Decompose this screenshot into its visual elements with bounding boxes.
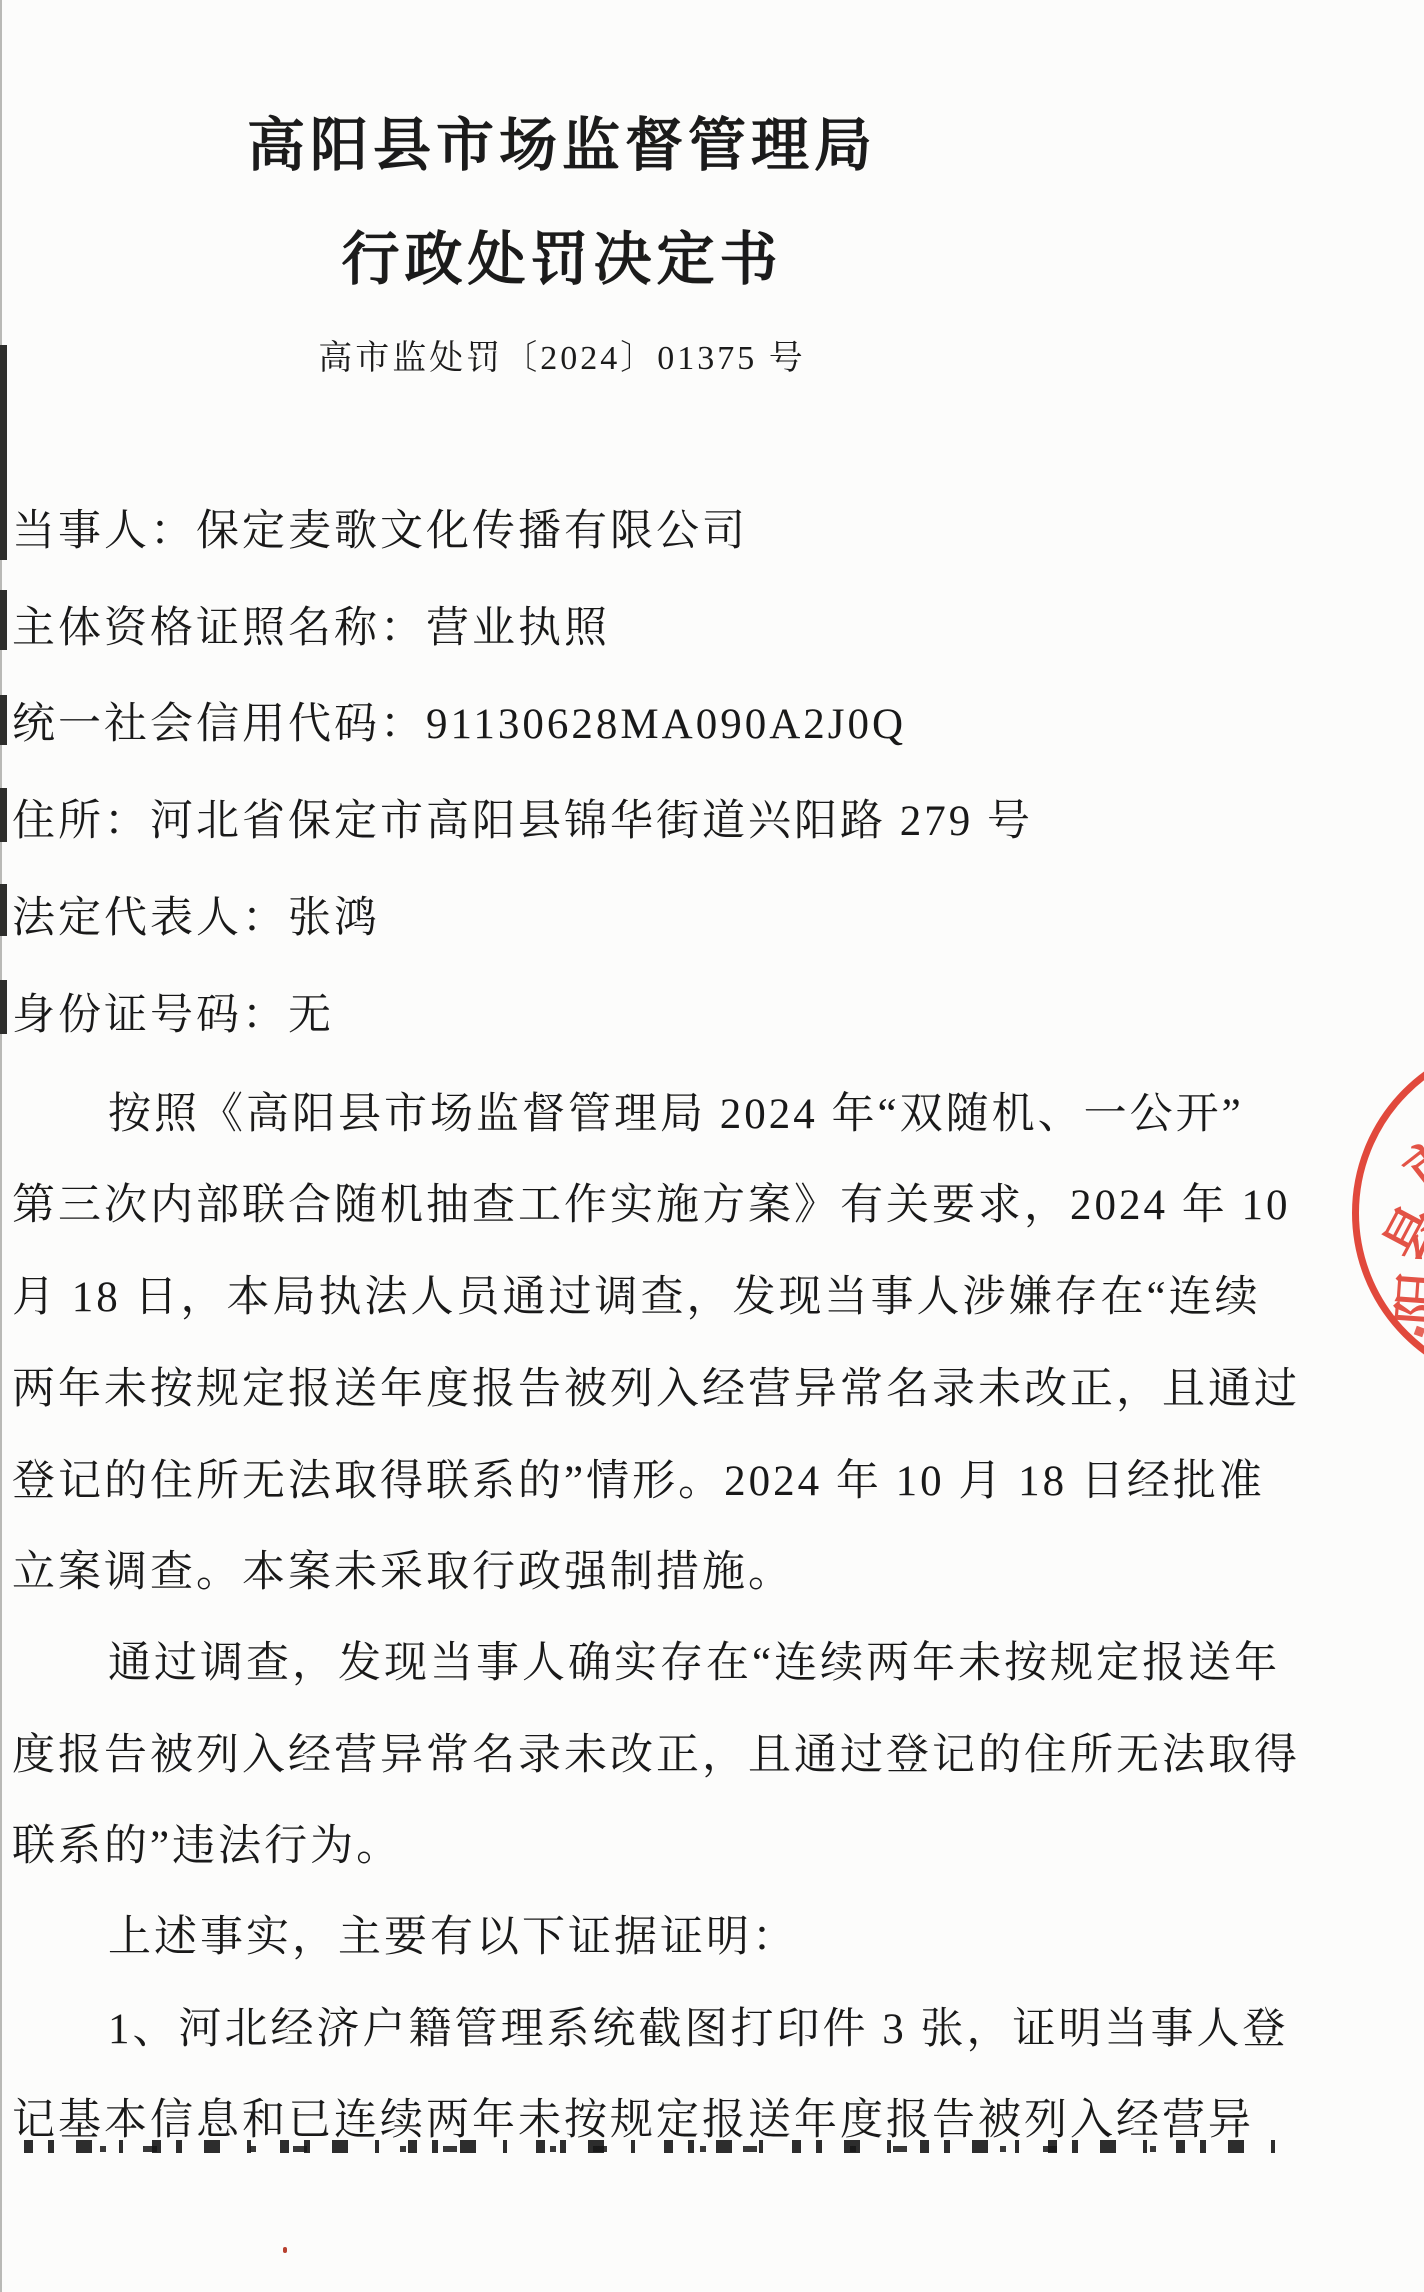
body-line-11: 1、河北经济户籍管理系统截图打印件 3 张，证明当事人登 bbox=[12, 1995, 1289, 2056]
body-line-12: 记基本信息和已连续两年未按规定报送年度报告被列入经营异 bbox=[12, 2086, 1254, 2147]
scan-edge-mark bbox=[0, 590, 7, 650]
scanned-document-page: 高阳县市场监督管理局 行政处罚决定书 高市监处罚〔2024〕01375 号 当事… bbox=[0, 0, 1424, 2292]
scan-edge-mark bbox=[0, 884, 7, 936]
body-line-9: 联系的”违法行为。 bbox=[12, 1812, 402, 1873]
scan-edge-mark bbox=[0, 695, 7, 745]
party-line-license: 主体资格证照名称：营业执照 bbox=[12, 594, 610, 655]
seal-mark bbox=[1414, 1326, 1424, 1338]
party-line-legal-rep: 法定代表人：张鸿 bbox=[12, 884, 380, 945]
body-line-1: 按照《高阳县市场监督管理局 2024 年“双随机、一公开” bbox=[12, 1080, 1244, 1141]
scan-edge-mark bbox=[0, 788, 7, 842]
scan-speck bbox=[283, 2247, 287, 2253]
doc-number: 高市监处罚〔2024〕01375 号 bbox=[0, 330, 1124, 379]
body-line-5: 登记的住所无法取得联系的”情形。2024 年 10 月 18 日经批准 bbox=[12, 1447, 1265, 1508]
body-line-10: 上述事实，主要有以下证据证明： bbox=[12, 1903, 798, 1964]
party-line-credit-code: 统一社会信用代码：91130628MA090A2J0Q bbox=[12, 690, 906, 751]
body-line-3: 月 18 日，本局执法人员通过调查，发现当事人涉嫌存在“连续 bbox=[12, 1263, 1261, 1324]
party-line-name: 当事人：保定麦歌文化传播有限公司 bbox=[12, 497, 748, 558]
party-line-address: 住所：河北省保定市高阳县锦华街道兴阳路 279 号 bbox=[12, 787, 1033, 848]
body-line-8: 度报告被列入经营异常名录未改正，且通过登记的住所无法取得 bbox=[12, 1721, 1300, 1782]
document-title-line2: 行政处罚决定书 bbox=[0, 212, 1124, 296]
party-line-id-number: 身份证号码：无 bbox=[12, 981, 334, 1042]
document-title-line1: 高阳县市场监督管理局 bbox=[0, 98, 1124, 182]
body-line-4: 两年未按规定报送年度报告被列入经营异常名录未改正，且通过 bbox=[12, 1355, 1300, 1416]
seal-character: 县 bbox=[1362, 1190, 1424, 1271]
body-line-6: 立案调查。本案未采取行政强制措施。 bbox=[12, 1538, 794, 1599]
scan-edge-mark bbox=[0, 980, 7, 1034]
scan-edge-line bbox=[0, 0, 2, 2292]
cut-off-text-row bbox=[60, 2146, 1160, 2152]
scan-edge-mark bbox=[0, 345, 7, 560]
body-line-7: 通过调查，发现当事人确实存在“连续两年未按规定报送年 bbox=[12, 1629, 1280, 1690]
body-line-2: 第三次内部联合随机抽查工作实施方案》有关要求，2024 年 10 bbox=[12, 1171, 1291, 1232]
official-red-seal: 市 县 阳 bbox=[1352, 1038, 1424, 1388]
seal-character: 阳 bbox=[1376, 1270, 1424, 1327]
